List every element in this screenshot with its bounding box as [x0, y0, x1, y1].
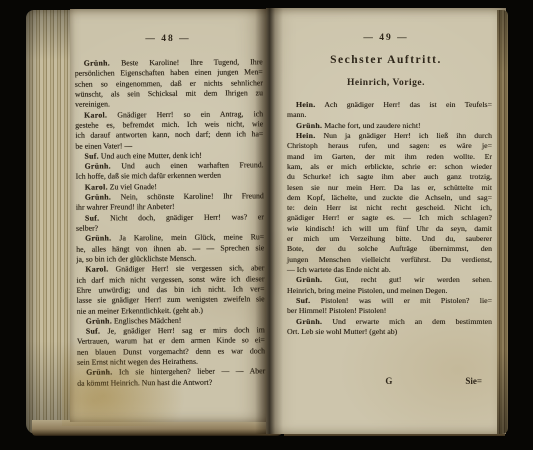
text-line: er mich um Verzeihung bitte. Und du, sau…: [287, 234, 492, 244]
text-line: Grünh. Und erwarte mich an dem bestimmte…: [287, 317, 492, 327]
speaker-label: Suf.: [84, 151, 98, 160]
text-line: gnädiger Herr! er sagte es. — Ich mich s…: [287, 213, 492, 223]
speaker-label: Grünh.: [85, 162, 111, 171]
text-line: Heinrich, bring meine Pistolen, und mein…: [287, 286, 492, 296]
left-page-edge-stack: [26, 10, 74, 434]
text-line: Christoph heraus rufen, und sagen: es wä…: [287, 141, 492, 151]
speaker-label: Karol.: [85, 265, 108, 274]
right-page-edge: [497, 10, 508, 434]
text-line: Grünh. Mache fort, und zaudere nicht!: [287, 121, 492, 131]
right-page-text: Hein. Ach gnädiger Herr! das ist ein Teu…: [287, 100, 492, 337]
text-line: wie kindisch! ich will um fünf Uhr da se…: [287, 224, 492, 234]
text-line: ich darauf antworten kann, noch darf; de…: [75, 129, 263, 141]
text-line: jungen Menschen vielleicht verführst. Du…: [287, 255, 492, 265]
text-line: nen blauen Dunst vorgemacht? denn es war…: [77, 346, 265, 358]
speaker-label: Karol.: [84, 110, 107, 119]
text-line: Grünh. Nein, schönste Karoline! Ihr Freu…: [76, 191, 264, 203]
text-line: mann.: [287, 110, 492, 120]
open-book: — 48 — Grünh. Beste Karoline! Ihre Tugen…: [0, 0, 533, 450]
catchword: Sie=: [465, 376, 482, 386]
speaker-label: Grünh.: [84, 58, 110, 67]
text-line: Grünh. Und auch einen warhaften Freund.: [76, 160, 264, 172]
speaker-label: Grünh.: [296, 275, 322, 284]
left-page-text: Grünh. Beste Karoline! Ihre Tugend, Ihre…: [75, 57, 266, 388]
text-line: Ort. Leb sie wohl Mutter! (geht ab): [287, 327, 492, 337]
speaker-label: Grünh.: [296, 317, 322, 326]
photo-background: — 48 — Grünh. Beste Karoline! Ihre Tugen…: [0, 0, 533, 450]
text-line: Hein. Ach gnädiger Herr! das ist ein Teu…: [287, 100, 492, 110]
text-line: mand im Garten, der mit ihm reden wollte…: [287, 152, 492, 162]
text-line: ber Himmel! Pistolen! Pistolen!: [287, 306, 492, 316]
text-line: Grünh. Ich sie hintergehen? lieber — — A…: [77, 367, 265, 379]
speaker-label: Suf.: [85, 213, 99, 222]
speaker-label: Hein.: [296, 100, 315, 109]
scene-characters: Heinrich, Vorige.: [266, 78, 506, 88]
text-line: Bote, der du solche Aufträge übernimmst,…: [287, 244, 492, 254]
right-page-number: — 49 —: [266, 33, 506, 43]
speaker-label: Suf.: [296, 296, 310, 305]
speaker-label: Karol.: [85, 182, 108, 191]
text-line: dem Kopf, lächelte, und zuckte die Achse…: [287, 193, 492, 203]
speaker-label: Grünh.: [296, 121, 322, 130]
text-line: lesen sie nur mein Herr. Da las er, schü…: [287, 183, 492, 193]
speaker-label: Grünh.: [85, 193, 111, 202]
speaker-label: Grünh.: [86, 368, 112, 377]
speaker-label: Hein.: [296, 131, 315, 140]
bottom-page-edge-stack: [32, 420, 284, 436]
signature-mark: G: [385, 376, 392, 386]
left-page: — 48 — Grünh. Beste Karoline! Ihre Tugen…: [70, 9, 266, 422]
text-line: wünscht, als sein Schicksal mit dem Ihri…: [75, 88, 263, 100]
text-line: Grünh. Gut, recht gut! wir werden sehen.: [287, 275, 492, 285]
text-line: lasse sie gnädiger Herr! zum wenigsten z…: [77, 294, 265, 306]
speaker-label: Suf.: [86, 327, 100, 336]
text-line: Suf. Nicht doch, gnädiger Herr! was? er: [76, 212, 264, 224]
right-page: — 49 — Sechster Auftritt. Heinrich, Vori…: [266, 8, 506, 434]
text-line: du Schurke! ich sagte ihm aber auch ganz…: [287, 172, 492, 182]
scene-title: Sechster Auftritt.: [266, 54, 506, 66]
speaker-label: Grünh.: [85, 234, 111, 243]
text-line: kam, als er mich erblickte, schrie er: s…: [287, 162, 492, 172]
text-line: da kömmt Heinrich. Nun hast die Antwort?: [77, 377, 265, 389]
left-page-number: — 48 —: [70, 34, 266, 44]
signature-row: G Sie=: [287, 376, 492, 388]
text-line: Hein. Nun ja gnädiger Herr! ich ließ ihn…: [287, 131, 492, 141]
text-line: Suf. Pistolen! was will er mit Pistolen?…: [287, 296, 492, 306]
speaker-label: Grünh.: [86, 316, 112, 325]
text-line: he, alles hängt von ihnen ab. — — Sprech…: [76, 243, 264, 255]
text-line: — Ich wartete das Ende nicht ab.: [287, 265, 492, 275]
text-line: te: dein Herr ist nicht recht gescheid. …: [287, 203, 492, 213]
